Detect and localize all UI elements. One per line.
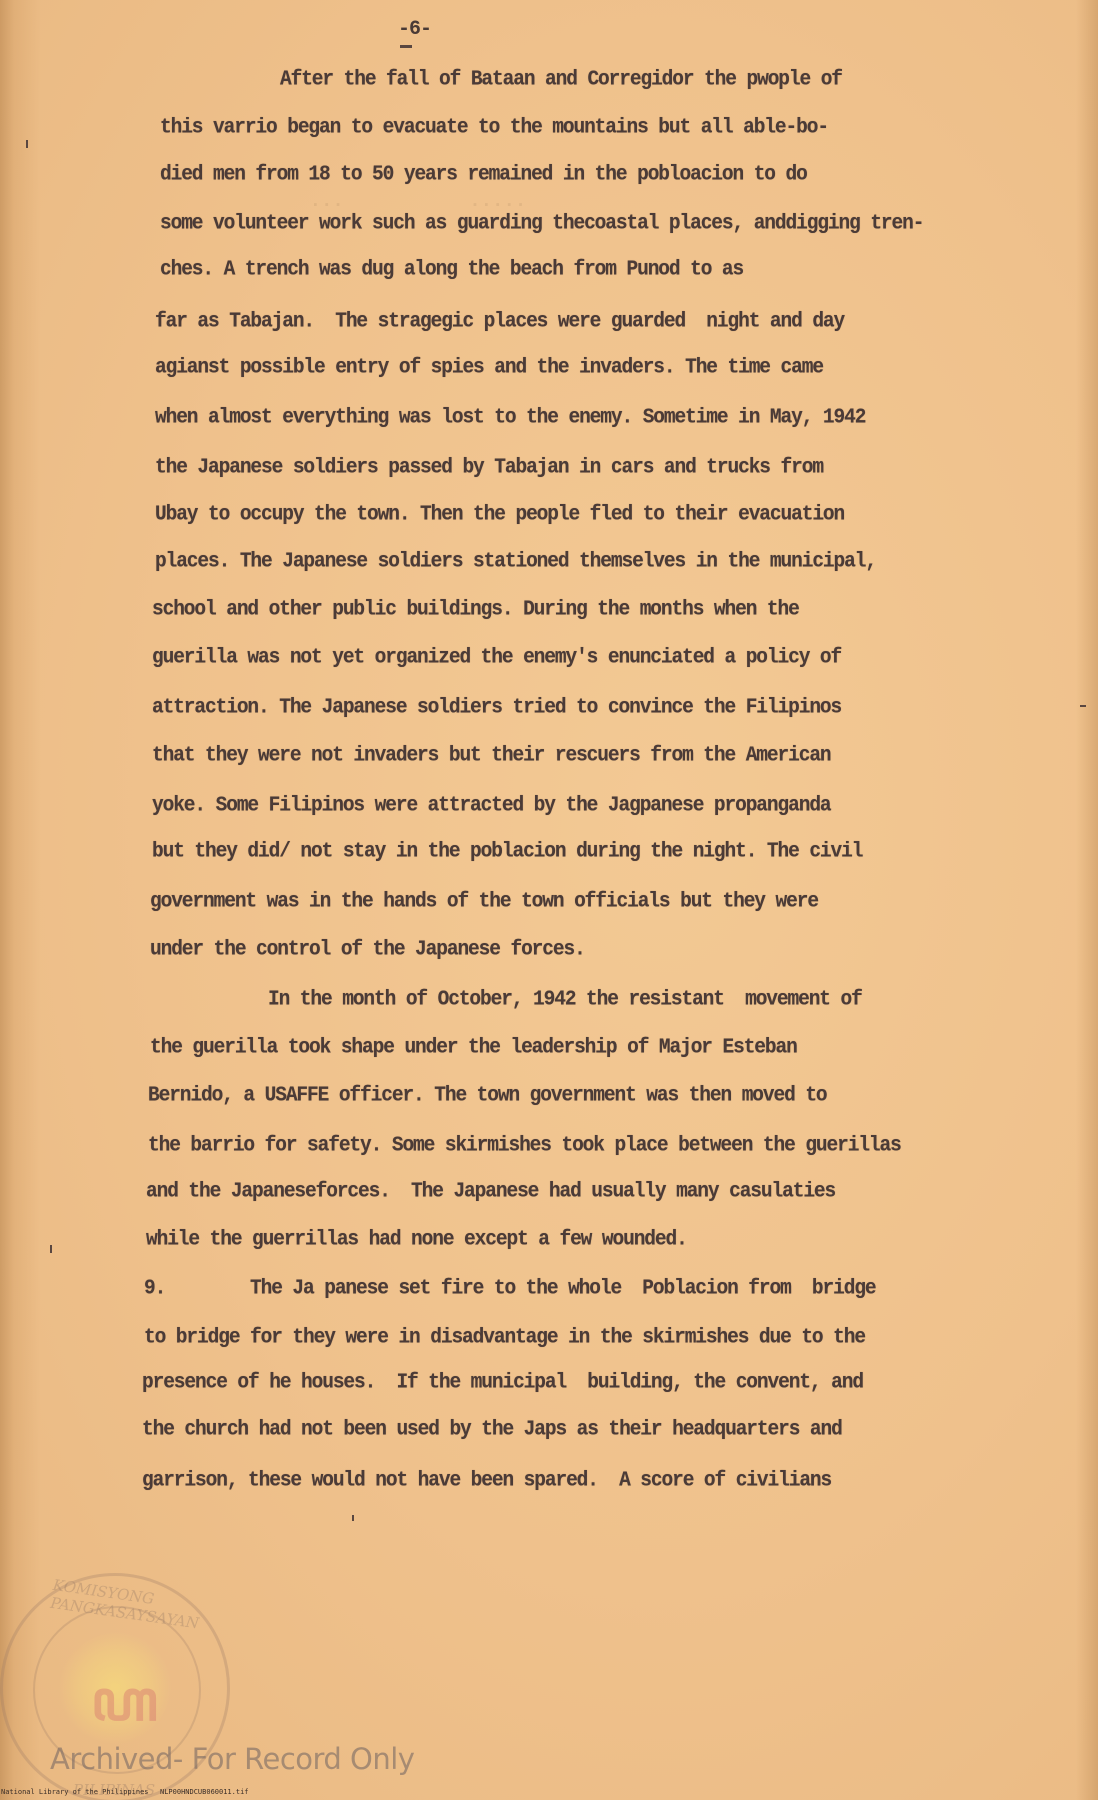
footer-file-name: NLP00HNDCUB060011.tif	[160, 1788, 249, 1796]
text-line: some volunteer work such as guarding the…	[160, 211, 923, 235]
text-line: and the Japaneseforces. The Japanese had…	[146, 1179, 835, 1203]
scanned-page: ... ..... -6- After the fall of Bataan a…	[0, 0, 1098, 1800]
page-number-underline	[400, 45, 412, 48]
text-line: school and other public buildings. Durin…	[152, 597, 799, 621]
text-line: Bernido, a USAFFE officer. The town gove…	[148, 1083, 827, 1107]
scan-mark	[50, 1245, 52, 1253]
text-line: ches. A trench was dug along the beach f…	[160, 257, 743, 281]
text-line: when almost everything was lost to the e…	[155, 405, 865, 429]
text-line: that they were not invaders but their re…	[152, 743, 831, 767]
text-line: 9. The Ja panese set fire to the whole P…	[144, 1276, 876, 1300]
text-line: In the month of October, 1942 the resist…	[268, 987, 862, 1011]
scan-mark	[352, 1515, 354, 1521]
footer-source: National Library of the Philippines	[1, 1788, 149, 1796]
text-line: this varrio began to evacuate to the mou…	[160, 115, 828, 139]
bleed-through-text: ... .....	[150, 190, 526, 212]
scan-mark	[1080, 705, 1086, 707]
page-number: -6-	[398, 18, 431, 41]
text-line: while the guerrillas had none except a f…	[146, 1227, 687, 1251]
text-line: yoke. Some Filipinos were attracted by t…	[152, 793, 831, 817]
text-line: to bridge for they were in disadvantage …	[144, 1325, 865, 1349]
scan-mark	[26, 140, 28, 148]
text-line: attraction. The Japanese soldiers tried …	[152, 695, 841, 719]
text-line: the Japanese soldiers passed by Tabajan …	[155, 455, 823, 479]
text-line: the barrio for safety. Some skirmishes t…	[148, 1133, 901, 1157]
text-line: the church had not been used by the Japs…	[142, 1417, 842, 1441]
text-line: After the fall of Bataan and Corregidor …	[280, 67, 842, 91]
text-line: garrison, these would not have been spar…	[142, 1468, 831, 1492]
text-line: presence of he houses. If the municipal …	[142, 1370, 863, 1394]
text-line: agianst possible entry of spies and the …	[155, 355, 823, 379]
archived-watermark: Archived- For Record Only	[50, 1742, 414, 1776]
text-line: guerilla was not yet organized the enemy…	[152, 645, 841, 669]
text-line: Ubay to occupy the town. Then the people…	[155, 502, 844, 526]
text-line: government was in the hands of the town …	[150, 889, 818, 913]
text-line: the guerilla took shape under the leader…	[150, 1035, 797, 1059]
text-line: places. The Japanese soldiers stationed …	[155, 549, 876, 573]
text-line: but they did/ not stay in the poblacion …	[152, 839, 862, 863]
text-line: far as Tabajan. The stragegic places wer…	[155, 309, 844, 333]
text-line: died men from 18 to 50 years remained in…	[160, 162, 807, 186]
text-line: under the control of the Japanese forces…	[150, 937, 585, 961]
